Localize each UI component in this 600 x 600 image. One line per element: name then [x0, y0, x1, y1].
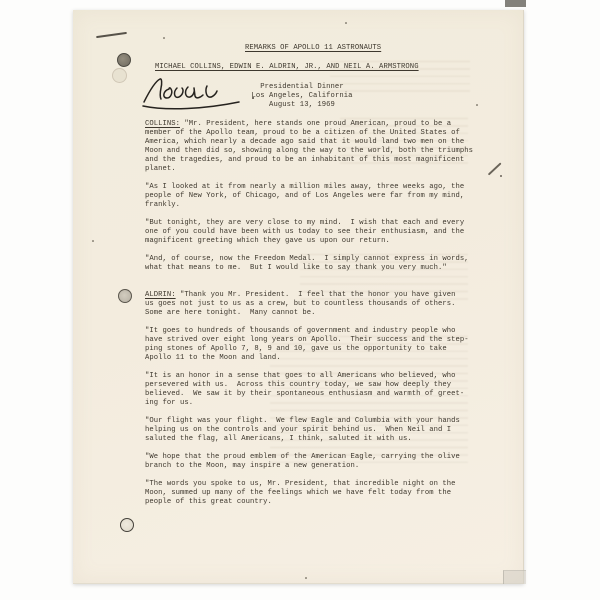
paragraph-text: "We hope that the proud emblem of the Am…	[145, 453, 460, 470]
punch-hole-middle	[118, 289, 132, 303]
speech-body: COLLINS: "Mr. President, here stands one…	[145, 120, 481, 516]
paragraph-text: "As I looked at it from nearly a million…	[145, 183, 464, 209]
paragraph-text: "But tonight, they are very close to my …	[145, 219, 464, 245]
punch-hole-ghost-ring	[112, 68, 127, 83]
paper-speck	[305, 577, 307, 579]
paragraph-text: "It is an honor in a sense that goes to …	[145, 372, 464, 407]
background-corner-tab	[505, 0, 526, 7]
pen-mark-right-margin	[488, 162, 501, 175]
paragraph-text: "The words you spoke to us, Mr. Presiden…	[145, 480, 456, 506]
paper-speck	[163, 37, 165, 39]
paragraph-aldrin-1: ALDRIN: "Thank you Mr. President. I feel…	[145, 291, 481, 318]
paragraph-text: "Mr. President, here stands one proud Am…	[145, 120, 473, 173]
document-byline: MICHAEL COLLINS, EDWIN E. ALDRIN, JR., A…	[155, 63, 419, 71]
scan-background: REMARKS OF APOLLO 11 ASTRONAUTS MICHAEL …	[0, 0, 600, 600]
document-title: REMARKS OF APOLLO 11 ASTRONAUTS	[245, 44, 381, 52]
paragraph-aldrin-2: "It goes to hundreds of thousands of gov…	[145, 327, 481, 363]
paragraph-text: "It goes to hundreds of thousands of gov…	[145, 327, 469, 362]
punch-hole-top	[117, 53, 131, 67]
paragraph-aldrin-5: "We hope that the proud emblem of the Am…	[145, 453, 481, 471]
paragraph-aldrin-3: "It is an honor in a sense that goes to …	[145, 372, 481, 408]
event-block: Presidential Dinner Los Angeles, Califor…	[223, 83, 381, 111]
event-location: Los Angeles, California	[223, 92, 381, 101]
paper-speck	[345, 22, 347, 24]
punch-hole-bottom	[120, 518, 134, 532]
speaker-label-collins: COLLINS:	[145, 120, 180, 128]
paragraph-text: "Our flight was your flight. We flew Eag…	[145, 417, 460, 443]
paragraph-aldrin-6: "The words you spoke to us, Mr. Presiden…	[145, 480, 481, 507]
document-page: REMARKS OF APOLLO 11 ASTRONAUTS MICHAEL …	[73, 10, 524, 584]
paragraph-aldrin-4: "Our flight was your flight. We flew Eag…	[145, 417, 481, 444]
paper-speck	[92, 240, 94, 242]
event-name: Presidential Dinner	[223, 83, 381, 92]
pen-mark-top-left	[96, 32, 127, 38]
paper-speck	[476, 104, 478, 106]
paragraph-collins-3: "But tonight, they are very close to my …	[145, 219, 481, 246]
speaker-label-aldrin: ALDRIN:	[145, 291, 176, 299]
event-date: August 13, 1969	[223, 101, 381, 110]
paragraph-collins-2: "As I looked at it from nearly a million…	[145, 183, 481, 210]
paragraph-text: "And, of course, now the Freedom Medal. …	[145, 255, 469, 272]
paragraph-collins-1: COLLINS: "Mr. President, here stands one…	[145, 120, 481, 174]
paragraph-text: "Thank you Mr. President. I feel that th…	[145, 291, 456, 317]
bottom-right-notch	[503, 570, 526, 584]
paragraph-collins-4: "And, of course, now the Freedom Medal. …	[145, 255, 481, 273]
pen-dot	[500, 175, 502, 177]
